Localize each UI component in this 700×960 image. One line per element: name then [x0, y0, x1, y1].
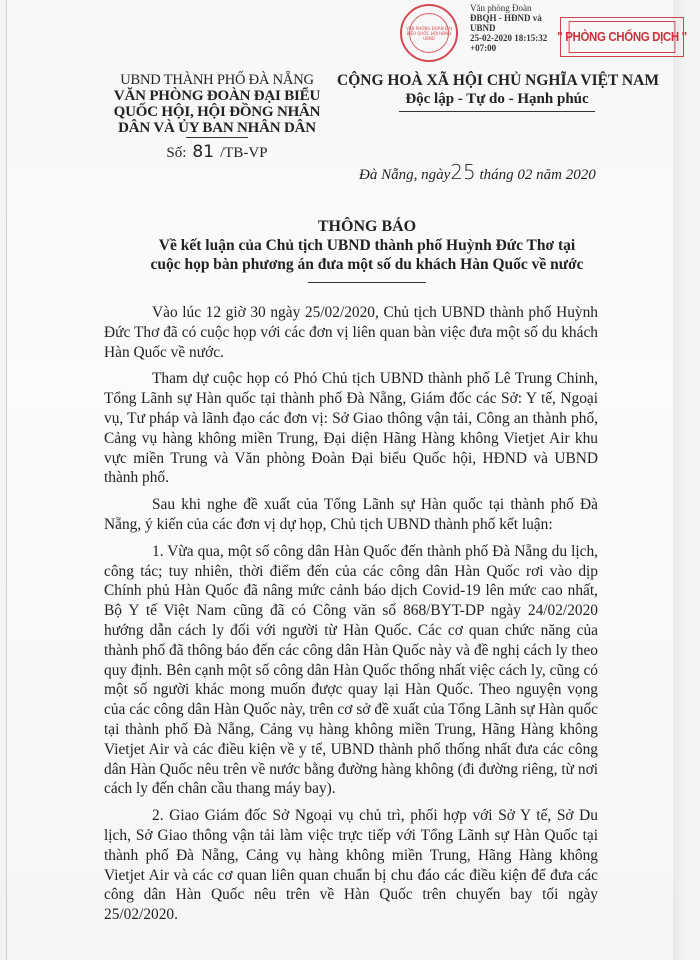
date-day: 25 [450, 160, 475, 184]
title-divider [308, 282, 426, 283]
header-divider [186, 137, 248, 138]
document-title: THÔNG BÁO Về kết luận của Chủ tịch UBND … [107, 217, 627, 283]
office-line: VĂN PHÒNG ĐOÀN ĐẠI BIỂU [87, 88, 347, 104]
body-paragraph: Tham dự cuộc họp có Phó Chủ tịch UBND th… [104, 369, 598, 488]
number-value: 81 [192, 142, 214, 162]
national-motto: Độc lập - Tự do - Hạnh phúc [337, 90, 657, 108]
title-heading: THÔNG BÁO [107, 217, 627, 236]
nation-name: CỘNG HOÀ XÃ HỘI CHỦ NGHĨA VIỆT NAM [337, 72, 657, 90]
authority-name: UBND THÀNH PHỐ ĐÀ NẴNG [87, 72, 347, 88]
date-suffix: tháng 02 năm 2020 [479, 167, 595, 183]
page-edge [673, 0, 687, 960]
document-number: Số:81/TB-VP [87, 144, 347, 161]
signature-line: ĐBQH - HĐND và [470, 13, 547, 23]
title-subtitle: cuộc họp bàn phương án đưa một số du khá… [107, 255, 627, 274]
signature-line: 25-02-2020 18:15:32 [470, 33, 547, 43]
office-line: DÂN VÀ ỦY BAN NHÂN DÂN [87, 120, 347, 136]
signature-line: Văn phòng Đoàn [470, 3, 547, 13]
title-subtitle: Về kết luận của Chủ tịch UBND thành phố … [107, 236, 627, 255]
office-line: QUỐC HỘI, HỘI ĐỒNG NHÂN [87, 104, 347, 120]
issuing-authority-header: UBND THÀNH PHỐ ĐÀ NẴNG VĂN PHÒNG ĐOÀN ĐẠ… [87, 72, 347, 161]
digital-signature: Văn phòng Đoàn ĐBQH - HĐND và UBND 25-02… [470, 3, 547, 53]
stamp-label: " PHÒNG CHỐNG DỊCH " [569, 21, 676, 53]
document-body: Vào lúc 12 giờ 30 ngày 25/02/2020, Chủ t… [104, 303, 598, 932]
place-and-date: Đà Nẵng, ngày25 tháng 02 năm 2020 [359, 160, 596, 184]
date-prefix: Đà Nẵng, ngày [359, 167, 450, 183]
signature-line: +07:00 [470, 43, 547, 53]
epidemic-prevention-stamp: " PHÒNG CHỐNG DỊCH " [560, 17, 684, 57]
motto-underline [399, 111, 595, 112]
number-suffix: /TB-VP [220, 145, 268, 161]
national-header: CỘNG HOÀ XÃ HỘI CHỦ NGHĨA VIỆT NAM Độc l… [337, 72, 657, 112]
body-paragraph: 1. Vừa qua, một số công dân Hàn Quốc đến… [104, 542, 598, 799]
number-prefix: Số: [166, 145, 186, 161]
body-paragraph: 2. Giao Giám đốc Sở Ngoại vụ chủ trì, ph… [104, 806, 598, 925]
body-paragraph: Vào lúc 12 giờ 30 ngày 25/02/2020, Chủ t… [104, 303, 598, 362]
seal-text: VĂN PHÒNG ĐOÀN ĐẠI BIỂU QUỐC HỘI HĐND UB… [402, 26, 456, 41]
document-page: VĂN PHÒNG ĐOÀN ĐẠI BIỂU QUỐC HỘI HĐND UB… [6, 0, 687, 960]
body-paragraph: Sau khi nghe đề xuất của Tổng Lãnh sự Hà… [104, 495, 598, 535]
official-seal-icon: VĂN PHÒNG ĐOÀN ĐẠI BIỂU QUỐC HỘI HĐND UB… [400, 4, 458, 62]
signature-line: UBND [470, 23, 547, 33]
